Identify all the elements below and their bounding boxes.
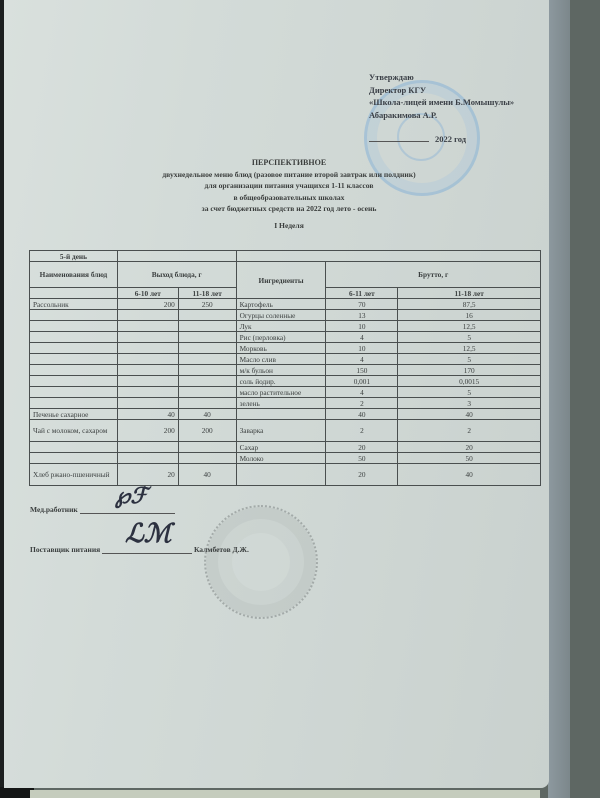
output-b-cell bbox=[178, 387, 236, 398]
gross-a-cell: 40 bbox=[326, 409, 398, 420]
output-a-cell bbox=[117, 354, 178, 365]
gross-b-cell: 87,5 bbox=[398, 299, 541, 310]
ingredient-cell bbox=[236, 464, 326, 486]
output-b-cell bbox=[178, 321, 236, 332]
output-a-cell bbox=[117, 321, 178, 332]
output-a-cell bbox=[117, 398, 178, 409]
approval-block: Утверждаю Директор КГУ «Школа-лицей имен… bbox=[369, 71, 514, 146]
output-a-cell bbox=[117, 376, 178, 387]
title-heading: ПЕРСПЕКТИВНОЕ bbox=[104, 157, 474, 169]
dish-cell: Рассольник bbox=[30, 299, 118, 310]
dish-cell: Печенье сахарное bbox=[30, 409, 118, 420]
gross-a-cell: 20 bbox=[326, 464, 398, 486]
gross-a-cell: 20 bbox=[326, 442, 398, 453]
output-a-cell bbox=[117, 332, 178, 343]
output-a-cell: 200 bbox=[117, 299, 178, 310]
header-age-b: 11-18 лет bbox=[178, 288, 236, 299]
output-b-cell: 250 bbox=[178, 299, 236, 310]
medic-signature-row: Мед.работник bbox=[30, 505, 175, 514]
output-a-cell bbox=[117, 310, 178, 321]
ingredient-cell: Рис (перловка) bbox=[236, 332, 326, 343]
gross-b-cell: 40 bbox=[398, 464, 541, 486]
supplier-signature: ℒℳ bbox=[125, 519, 172, 549]
supplier-label: Поставщик питания bbox=[30, 545, 100, 554]
header-gross-age-a: 6-11 лет bbox=[326, 288, 398, 299]
header-ingredients: Ингредиенты bbox=[236, 262, 326, 299]
header-output: Выход блюда, г bbox=[117, 262, 236, 288]
dish-cell bbox=[30, 354, 118, 365]
table-header-row: Наименования блюд Выход блюда, г Ингреди… bbox=[30, 262, 541, 288]
document-page: Утверждаю Директор КГУ «Школа-лицей имен… bbox=[4, 0, 549, 788]
gross-b-cell: 0,0015 bbox=[398, 376, 541, 387]
table-row: Молоко5050 bbox=[30, 453, 541, 464]
output-b-cell bbox=[178, 376, 236, 387]
gross-a-cell: 4 bbox=[326, 332, 398, 343]
output-a-cell bbox=[117, 343, 178, 354]
table-row: Морковь1012,5 bbox=[30, 343, 541, 354]
document-title: ПЕРСПЕКТИВНОЕ двухнедельное меню блюд (р… bbox=[104, 157, 474, 231]
gross-b-cell: 40 bbox=[398, 409, 541, 420]
dish-cell: Хлеб ржано-пшеничный bbox=[30, 464, 118, 486]
gross-b-cell: 5 bbox=[398, 387, 541, 398]
gross-a-cell: 10 bbox=[326, 321, 398, 332]
title-line: в общеобразовательных школах bbox=[104, 192, 474, 204]
dish-cell bbox=[30, 343, 118, 354]
gross-a-cell: 70 bbox=[326, 299, 398, 310]
table-row: Лук1012,5 bbox=[30, 321, 541, 332]
ingredient-cell: Картофель bbox=[236, 299, 326, 310]
photo-background-right bbox=[548, 0, 570, 798]
gross-b-cell: 20 bbox=[398, 442, 541, 453]
output-b-cell bbox=[178, 354, 236, 365]
title-line: за счет бюджетных средств на 2022 год ле… bbox=[104, 203, 474, 215]
dish-cell bbox=[30, 387, 118, 398]
ingredient-cell: Заварка bbox=[236, 420, 326, 442]
dish-cell bbox=[30, 442, 118, 453]
approval-line: Абаракимова А.Р. bbox=[369, 109, 514, 122]
dish-cell bbox=[30, 332, 118, 343]
output-a-cell: 200 bbox=[117, 420, 178, 442]
gross-a-cell: 13 bbox=[326, 310, 398, 321]
table-row: зелень23 bbox=[30, 398, 541, 409]
gross-b-cell: 5 bbox=[398, 332, 541, 343]
medic-label: Мед.работник bbox=[30, 505, 78, 514]
approval-line: «Школа-лицей имени Б.Момышулы» bbox=[369, 96, 514, 109]
gross-b-cell: 50 bbox=[398, 453, 541, 464]
week-label: I Неделя bbox=[104, 220, 474, 232]
dish-cell bbox=[30, 453, 118, 464]
output-a-cell bbox=[117, 387, 178, 398]
output-b-cell bbox=[178, 365, 236, 376]
title-line: для организации питания учащихся 1-11 кл… bbox=[104, 180, 474, 192]
gross-b-cell: 12,5 bbox=[398, 321, 541, 332]
approval-line: Утверждаю bbox=[369, 71, 514, 84]
menu-table: 5-й день Наименования блюд Выход блюда, … bbox=[29, 250, 541, 486]
dish-cell bbox=[30, 321, 118, 332]
output-b-cell: 40 bbox=[178, 464, 236, 486]
output-b-cell bbox=[178, 310, 236, 321]
table-header-row: 5-й день bbox=[30, 251, 541, 262]
approval-line: Директор КГУ bbox=[369, 84, 514, 97]
ingredient-cell: Огурцы соленные bbox=[236, 310, 326, 321]
gross-a-cell: 2 bbox=[326, 420, 398, 442]
gross-a-cell: 10 bbox=[326, 343, 398, 354]
gross-b-cell: 12,5 bbox=[398, 343, 541, 354]
photo-background-corner bbox=[0, 787, 34, 798]
output-a-cell bbox=[117, 365, 178, 376]
dish-cell: Чай с молоком, сахаром bbox=[30, 420, 118, 442]
ingredient-cell: м/к бульон bbox=[236, 365, 326, 376]
output-a-cell bbox=[117, 453, 178, 464]
table-row: Сахар2020 bbox=[30, 442, 541, 453]
ingredient-cell: Сахар bbox=[236, 442, 326, 453]
ingredient-cell bbox=[236, 409, 326, 420]
table-row: Огурцы соленные1316 bbox=[30, 310, 541, 321]
table-row: Хлеб ржано-пшеничный20402040 bbox=[30, 464, 541, 486]
table-row: соль йодир.0,0010,0015 bbox=[30, 376, 541, 387]
gross-a-cell: 0,001 bbox=[326, 376, 398, 387]
output-b-cell bbox=[178, 453, 236, 464]
gross-b-cell: 3 bbox=[398, 398, 541, 409]
header-age-a: 6-10 лет bbox=[117, 288, 178, 299]
dish-cell bbox=[30, 365, 118, 376]
ingredient-cell: Масло слив bbox=[236, 354, 326, 365]
supplier-signature-line bbox=[102, 553, 192, 554]
gross-a-cell: 4 bbox=[326, 354, 398, 365]
output-b-cell: 40 bbox=[178, 409, 236, 420]
output-b-cell bbox=[178, 343, 236, 354]
date-blank bbox=[369, 141, 429, 142]
dish-cell bbox=[30, 310, 118, 321]
table-row: м/к бульон150170 bbox=[30, 365, 541, 376]
gross-b-cell: 5 bbox=[398, 354, 541, 365]
ingredient-cell: соль йодир. bbox=[236, 376, 326, 387]
ingredient-cell: Молоко bbox=[236, 453, 326, 464]
table-row: Печенье сахарное40404040 bbox=[30, 409, 541, 420]
header-dish: Наименования блюд bbox=[30, 262, 118, 288]
supplier-name: Калмбетов Д.Ж. bbox=[194, 545, 249, 554]
gross-b-cell: 170 bbox=[398, 365, 541, 376]
table-row: масло растительное45 bbox=[30, 387, 541, 398]
gross-a-cell: 2 bbox=[326, 398, 398, 409]
output-b-cell: 200 bbox=[178, 420, 236, 442]
output-b-cell bbox=[178, 332, 236, 343]
day-label: 5-й день bbox=[30, 251, 118, 262]
photo-background-bottom bbox=[30, 790, 540, 798]
ingredient-cell: Лук bbox=[236, 321, 326, 332]
ingredient-cell: зелень bbox=[236, 398, 326, 409]
approval-date: 2022 год bbox=[369, 133, 514, 146]
gross-a-cell: 150 bbox=[326, 365, 398, 376]
gross-a-cell: 4 bbox=[326, 387, 398, 398]
title-line: двухнедельное меню блюд (разовое питание… bbox=[104, 169, 474, 181]
dish-cell bbox=[30, 376, 118, 387]
table-row: Масло слив45 bbox=[30, 354, 541, 365]
header-gross-age-b: 11-18 лет bbox=[398, 288, 541, 299]
output-a-cell: 40 bbox=[117, 409, 178, 420]
round-stamp-gray bbox=[204, 505, 318, 619]
table-row: Рис (перловка)45 bbox=[30, 332, 541, 343]
medic-signature-line bbox=[80, 513, 175, 514]
table-row: Чай с молоком, сахаром200200Заварка22 bbox=[30, 420, 541, 442]
ingredient-cell: Морковь bbox=[236, 343, 326, 354]
gross-b-cell: 2 bbox=[398, 420, 541, 442]
output-a-cell bbox=[117, 442, 178, 453]
ingredient-cell: масло растительное bbox=[236, 387, 326, 398]
gross-a-cell: 50 bbox=[326, 453, 398, 464]
header-gross: Брутто, г bbox=[326, 262, 541, 288]
dish-cell bbox=[30, 398, 118, 409]
medic-signature: ℘ℱ bbox=[115, 483, 148, 509]
output-b-cell bbox=[178, 442, 236, 453]
output-b-cell bbox=[178, 398, 236, 409]
table-row: Рассольник200250Картофель7087,5 bbox=[30, 299, 541, 310]
gross-b-cell: 16 bbox=[398, 310, 541, 321]
